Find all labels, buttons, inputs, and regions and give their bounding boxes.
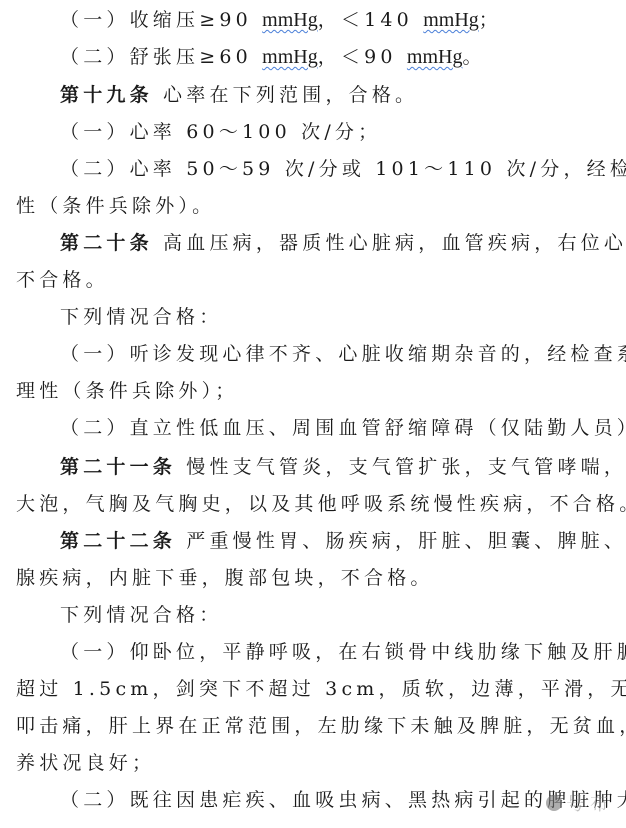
- line: （二）心率 50～59 次/分或 101～110 次/分，经检查系生理: [0, 157, 626, 181]
- article-text: 心率在下列范围，合格。: [153, 84, 418, 106]
- line: 下列情况合格：: [0, 603, 626, 627]
- text: （二）舒张压≥60: [60, 46, 262, 68]
- article-text: 严重慢性胃、肠疾病，肝脏、胆囊、脾脏、胰: [176, 530, 626, 552]
- article-text: 慢性支气管炎，支气管扩张，支气管哮喘，肺: [176, 456, 626, 478]
- line: （一）听诊发现心律不齐、心脏收缩期杂音的，经检查系生: [0, 342, 626, 366]
- unit-mmhg: mmHg: [262, 9, 318, 31]
- unit-mmhg: mmHg: [262, 46, 318, 68]
- line-diastolic: （二）舒张压≥60 mmHg，＜90 mmHg。: [0, 45, 626, 69]
- line: 腺疾病，内脏下垂，腹部包块，不合格。: [0, 566, 626, 590]
- line: （一）仰卧位，平静呼吸，在右锁骨中线肋缘下触及肝脏不: [0, 640, 626, 664]
- document-page: （一）收缩压≥90 mmHg，＜140 mmHg； （二）舒张压≥60 mmHg…: [0, 0, 626, 828]
- text: 。: [462, 46, 485, 68]
- avatar-icon: [546, 795, 562, 811]
- article-heading: 第十九条: [60, 84, 153, 106]
- line: 性（条件兵除外）。: [0, 194, 626, 218]
- article-19: 第十九条 心率在下列范围，合格。: [0, 83, 626, 107]
- article-heading: 第二十条: [60, 232, 153, 254]
- text: ；: [479, 9, 502, 31]
- text: ，＜90: [318, 46, 407, 68]
- line: 理性（条件兵除外）；: [0, 379, 626, 403]
- article-text: 高血压病，器质性心脏病，血管疾病，右位心脏，: [153, 232, 626, 254]
- text: ，＜140: [318, 9, 424, 31]
- article-22: 第二十二条 严重慢性胃、肠疾病，肝脏、胆囊、脾脏、胰: [0, 529, 626, 553]
- line: 不合格。: [0, 268, 626, 292]
- line: 大泡，气胸及气胸史，以及其他呼吸系统慢性疾病，不合格。: [0, 492, 626, 516]
- text: （一）收缩压≥90: [60, 9, 262, 31]
- unit-mmhg: mmHg: [407, 46, 463, 68]
- article-heading: 第二十一条: [60, 456, 176, 478]
- watermark-text: 号 布: [566, 790, 608, 816]
- article-20: 第二十条 高血压病，器质性心脏病，血管疾病，右位心脏，: [0, 231, 626, 255]
- line: 超过 1.5cm，剑突下不超过 3cm，质软，边薄，平滑，无触痛、: [0, 677, 626, 701]
- line: （二）直立性低血压、周围血管舒缩障碍（仅陆勤人员）。: [0, 416, 626, 440]
- article-21: 第二十一条 慢性支气管炎，支气管扩张，支气管哮喘，肺: [0, 455, 626, 479]
- line: 下列情况合格：: [0, 305, 626, 329]
- line: （二）既往因患疟疾、血吸虫病、黑热病引起的脾脏肿大，: [0, 788, 626, 812]
- article-heading: 第二十二条: [60, 530, 176, 552]
- line-systolic: （一）收缩压≥90 mmHg，＜140 mmHg；: [0, 8, 626, 32]
- watermark: 号 布: [546, 790, 608, 816]
- line: 养状况良好；: [0, 751, 626, 775]
- line: （一）心率 60～100 次/分；: [0, 120, 626, 144]
- line: 叩击痛，肝上界在正常范围，左肋缘下未触及脾脏，无贫血，营: [0, 714, 626, 738]
- unit-mmhg: mmHg: [423, 9, 479, 31]
